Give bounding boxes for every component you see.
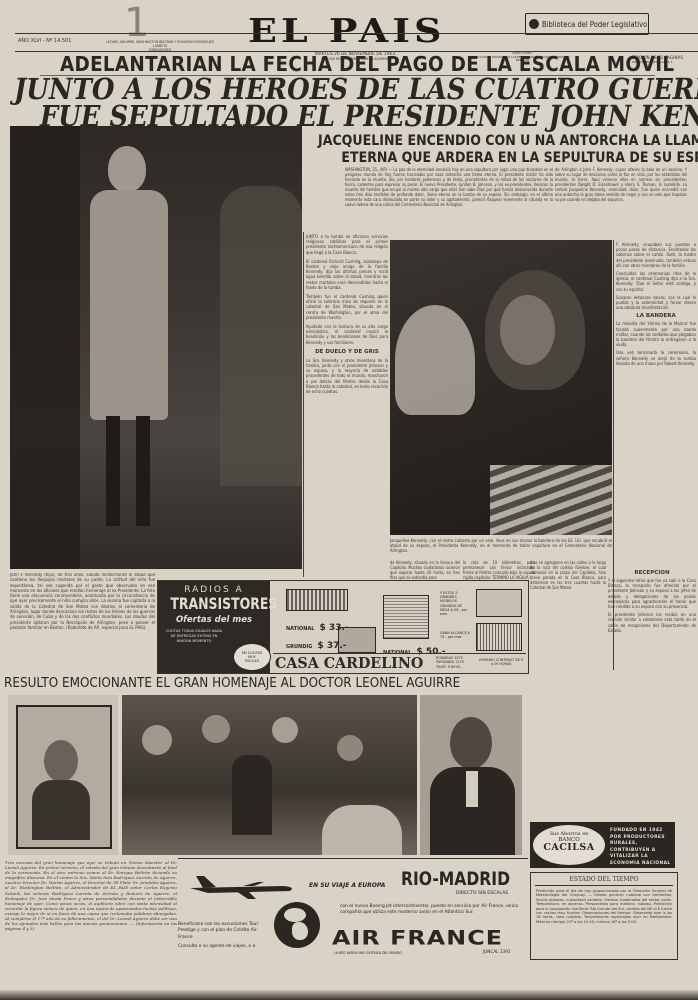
ad-radios-tagline: Ofertas del mes [158, 615, 270, 625]
ad-radios-badge: EN CUOTAS MUY FACILES [233, 643, 271, 671]
left-article-column: JUNTO a la tumba se oficiaron servicios … [306, 234, 388, 580]
ad-cacilsa-oval: Sus Ahorros en BANCO CACILSA [533, 825, 605, 865]
photo-figure-adult-left [10, 126, 80, 569]
weather-title-rule [535, 885, 673, 886]
issue-info: AÑO XLVI - Nº 14.501 [18, 38, 71, 44]
airfrance-top-rule [178, 858, 528, 859]
center-lower-col2: la cola de 19 kilómetros, para permanece… [463, 560, 535, 580]
radio-illustration-5 [476, 623, 522, 651]
page-bottom-edge [0, 990, 698, 1000]
column-divider-left [303, 232, 304, 577]
library-seal-icon [529, 19, 539, 29]
airfrance-globe-logo-icon [274, 902, 320, 948]
product-1-price: $ 33.- [320, 623, 349, 633]
right-article-para2: Concluidas las ceremonias ritos de la ig… [616, 271, 696, 292]
ad-radios-badge-text: EN CUOTAS MUY FACILES [241, 651, 263, 663]
photo-flag [490, 465, 612, 535]
right-lower-column: RECEPCION Y el siguiente retiro que fue … [608, 568, 696, 818]
airplane-icon [188, 874, 298, 900]
right-article-para3: Sonaron entonces salvas, con la cual el … [616, 295, 696, 311]
homenaje-caption: Tres escenas del gran homenaje que ayer … [5, 860, 177, 955]
ad-air-france: EN SU VIAJE A EUROPA RIO-MADRID DIRECTO … [178, 860, 528, 960]
ad-radios-extra-offer-2: GRAN ALCANCE $ 73.- por mes [440, 631, 470, 639]
left-article-para2: El cardenal Richard Cushing, arzobispo d… [306, 259, 388, 290]
photo-beltran-speech [420, 695, 522, 855]
radio-illustration-4 [476, 589, 522, 617]
ad-radios-address: RONDEAU 1575 PAYSANDU 1179 TELEF. 9 69 6… [436, 656, 474, 669]
photo-aguirre-portrait [8, 695, 118, 855]
ad-airfrance-intro: EN SU VIAJE A EUROPA [309, 882, 385, 889]
subheadline-line2: ETERNA QUE ARDERA EN LA SEPULTURA DE SU … [318, 150, 660, 167]
masthead: 1 AÑO XLVI - Nº 14.501 LEONEL AGUIRRE, W… [0, 0, 698, 58]
weather-box: ESTADO DEL TIEMPO Predicción para el día… [530, 872, 678, 960]
center-right-lower-col3: días se agregaron en las calles a lo lar… [530, 560, 606, 820]
center-lower-col1: de Kennedy, situado en la llanura del Ca… [390, 560, 460, 580]
left-article-para3: También fue el cardenal Cushing quien of… [306, 294, 388, 320]
ad-radios-hours: HORARIO CONTINUO DE 9 a 19 HORAS [478, 658, 524, 667]
ad-cacilsa-slogan: FUNDADO EN 1942 POR PRODUCTORES RURALES,… [610, 828, 672, 868]
ad-radios-extra-offer: Y ESTOS 2 GRANDES MODELOS GRUNDIG DE MES… [440, 591, 470, 616]
library-stamp: Biblioteca del Poder Legislativo [525, 13, 649, 35]
weather-forecast-text: Predicción para el día de hoy proporcion… [536, 889, 672, 955]
photo-figure-child [80, 146, 170, 536]
photo-figure-robert [395, 305, 475, 415]
ad-cacilsa-name: CACILSA [533, 843, 605, 853]
founders-names: LEONEL AGUIRRE, WASHINGTON BELTRAN Y EDU… [100, 40, 220, 48]
ad-banco-cacilsa: Sus Ahorros en BANCO CACILSA FUNDADO EN … [530, 822, 675, 868]
subheadline: JACQUELINE ENCENDIO CON U NA ANTORCHA LA… [318, 133, 698, 167]
ad-airfrance-address: JUNCAL 1391 [483, 949, 511, 954]
left-article-para5: La Sra. Kennedy y otros miembros de la f… [306, 358, 388, 394]
right-article-column: F. Kennedy, ocupaban sus puestos a pocos… [616, 242, 696, 567]
photo-homenaje-audience [122, 695, 417, 855]
right-article-para6: Y el siguiente retiro que fue ya salir a… [608, 578, 696, 609]
ad-radios-title-big: TRANSISTORES [170, 594, 257, 613]
masthead-top-rule [15, 33, 698, 34]
weather-title: ESTADO DEL TIEMPO [531, 876, 677, 883]
ad-airfrance-route-sub: DIRECTO SIN ESCALAS [456, 891, 508, 896]
photo-jacqueline-flag [390, 240, 612, 535]
product-2-name: GRUNDIG [286, 644, 312, 650]
ad-airfrance-consult: Consulte a su agente de viajes, o a [178, 944, 278, 949]
photo-caption-jacqueline: Jacqueline Kennedy, con el rostro cubier… [390, 538, 612, 558]
ad-radios-store-name: CASA CARDELINO [275, 654, 423, 672]
library-stamp-text: Biblioteca del Poder Legislativo [542, 20, 647, 29]
ad-airfrance-tagline: LA RED AEREA MAS EXTENSA DEL MUNDO [334, 951, 402, 955]
product-2-price: $ 37.- [317, 641, 346, 651]
left-article-section-heading: DE DUELO Y DE GRIS [306, 349, 388, 355]
radio-illustration-1 [286, 589, 348, 611]
right-article-para7: El presidente Johnson los recibió en una… [608, 612, 696, 633]
lead-article-col2: de Arlington a John F. Kennedy, cuyos af… [555, 167, 687, 235]
lead-article-col1: WASHINGTON, 25, (AP) — La paz de la eter… [345, 167, 553, 235]
photo-caption-jfk-jr: John F. Kennedy (hijo), de tres años, sa… [10, 573, 155, 668]
left-article-para1: JUNTO a la tumba se oficiaron servicios … [306, 234, 388, 255]
right-article-para4: La melodía del 'Himno de la Marina' fue … [616, 321, 696, 347]
subheadline-line1: JACQUELINE ENCENDIO CON U NA ANTORCHA LA… [318, 133, 660, 150]
left-article-para4: Ayudado con la tesitura de su alto cargo… [306, 324, 388, 345]
right-article-para5: Una vez terminada la ceremonia, la señor… [616, 350, 696, 366]
product-1-name: NATIONAL [286, 626, 314, 632]
newspaper-title: EL PAIS [248, 11, 445, 49]
ad-airfrance-route: RIO-MADRID [401, 868, 510, 890]
ad-airfrance-brand: AIR FRANCE [332, 927, 503, 950]
homenaje-headline: RESULTO EMOCIONANTE EL GRAN HOMENAJE AL … [4, 675, 460, 691]
photo-figure-adult-right [220, 186, 302, 486]
right-article-para1: F. Kennedy, ocupaban sus puestos a pocos… [616, 242, 696, 268]
ad-radios-product-2: GRUNDIG $ 37.- [286, 633, 347, 652]
right-article-heading-recepcion: RECEPCION [608, 570, 696, 576]
ad-airfrance-promo: Benefíciese con las excursiones Tour Pre… [178, 922, 266, 941]
ad-airfrance-body: con el nuevo Boeing Jet Intercontinental… [340, 904, 520, 916]
ad-radios-terms: CUOTAS TODAS IGUALES NADA DE ENTREGAS EX… [164, 629, 224, 644]
right-article-heading-bandera: LA BANDERA [616, 313, 696, 319]
photo-jfk-jr-salute [10, 126, 302, 569]
radio-illustration-3 [383, 595, 429, 639]
ad-radios-product-1: NATIONAL $ 33.- [286, 615, 349, 634]
ad-radios-transistores: RADIOS A TRANSISTORES Ofertas del mes CU… [157, 580, 529, 674]
